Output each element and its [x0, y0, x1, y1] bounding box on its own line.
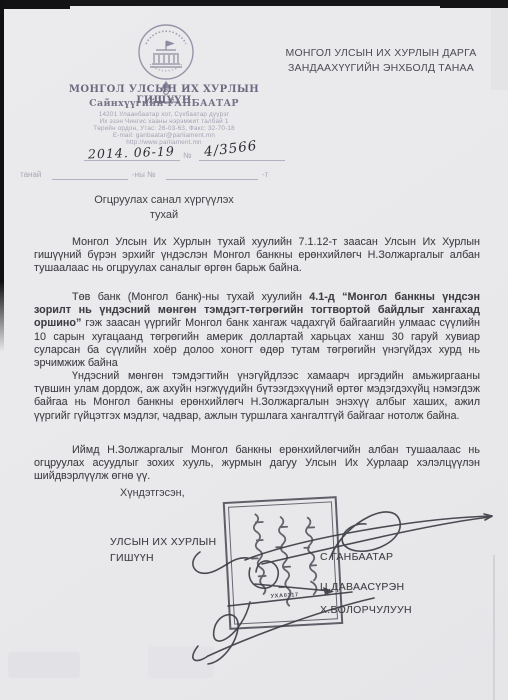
handwritten-date: 2014. 06-19: [88, 143, 175, 161]
ref-rule-line: [52, 179, 128, 180]
ref-mid-label: -ны №: [132, 170, 156, 179]
number-sign-label: №: [183, 151, 192, 160]
body-paragraph-2: Төв банк (Монгол банк)-ны тухай хуулийн …: [34, 291, 480, 370]
number-rule-line: [199, 160, 285, 161]
body-paragraph-1: Монгол Улсын Их Хурлын тухай хуулийн 7.1…: [34, 236, 480, 276]
scanned-letter-page: МОНГОЛ УЛСЫН ИХ ХУРЛЫН ГИШҮҮН Сайнхүүгий…: [0, 0, 508, 700]
date-rule-line: [84, 160, 180, 161]
ref-suffix-label: -т: [262, 170, 268, 179]
letterhead-member-name: Сайнхүүгийн ГАНБААТАР: [40, 98, 288, 109]
recipient-title: МОНГОЛ УЛСЫН ИХ ХУРЛЫН ДАРГА: [268, 46, 494, 61]
ref-rule-line: [166, 179, 258, 180]
paragraph-2-start: Төв банк (Монгол банк)-ны тухай хуулийн: [72, 291, 309, 303]
body-paragraph-3: Үндэсний мөнгөн тэмдэгтийн үнэгүйдлээс х…: [34, 370, 480, 423]
scan-artifact-top-left: [0, 0, 70, 9]
signature-scribbles: [0, 460, 508, 700]
subject-text: Огцруулах санал хүргүүлэх: [58, 193, 270, 208]
scan-artifact-top-right: [440, 0, 508, 8]
ref-prefix-label: танай: [20, 170, 41, 179]
recipient-name: ЗАНДААХҮҮГИЙН ЭНХБОЛД ТАНАА: [268, 61, 494, 76]
subject-line: Огцруулах санал хүргүүлэх тухай: [58, 193, 270, 223]
scan-artifact-left-edge: [0, 0, 4, 352]
recipient-block: МОНГОЛ УЛСЫН ИХ ХУРЛЫН ДАРГА ЗАНДААХҮҮГИ…: [268, 46, 494, 76]
scan-artifact-top-edge: [0, 0, 508, 6]
paragraph-2-rest: гэж заасан үүргийг Монгол банк хангаж ча…: [34, 317, 480, 369]
subject-text: тухай: [58, 208, 270, 223]
